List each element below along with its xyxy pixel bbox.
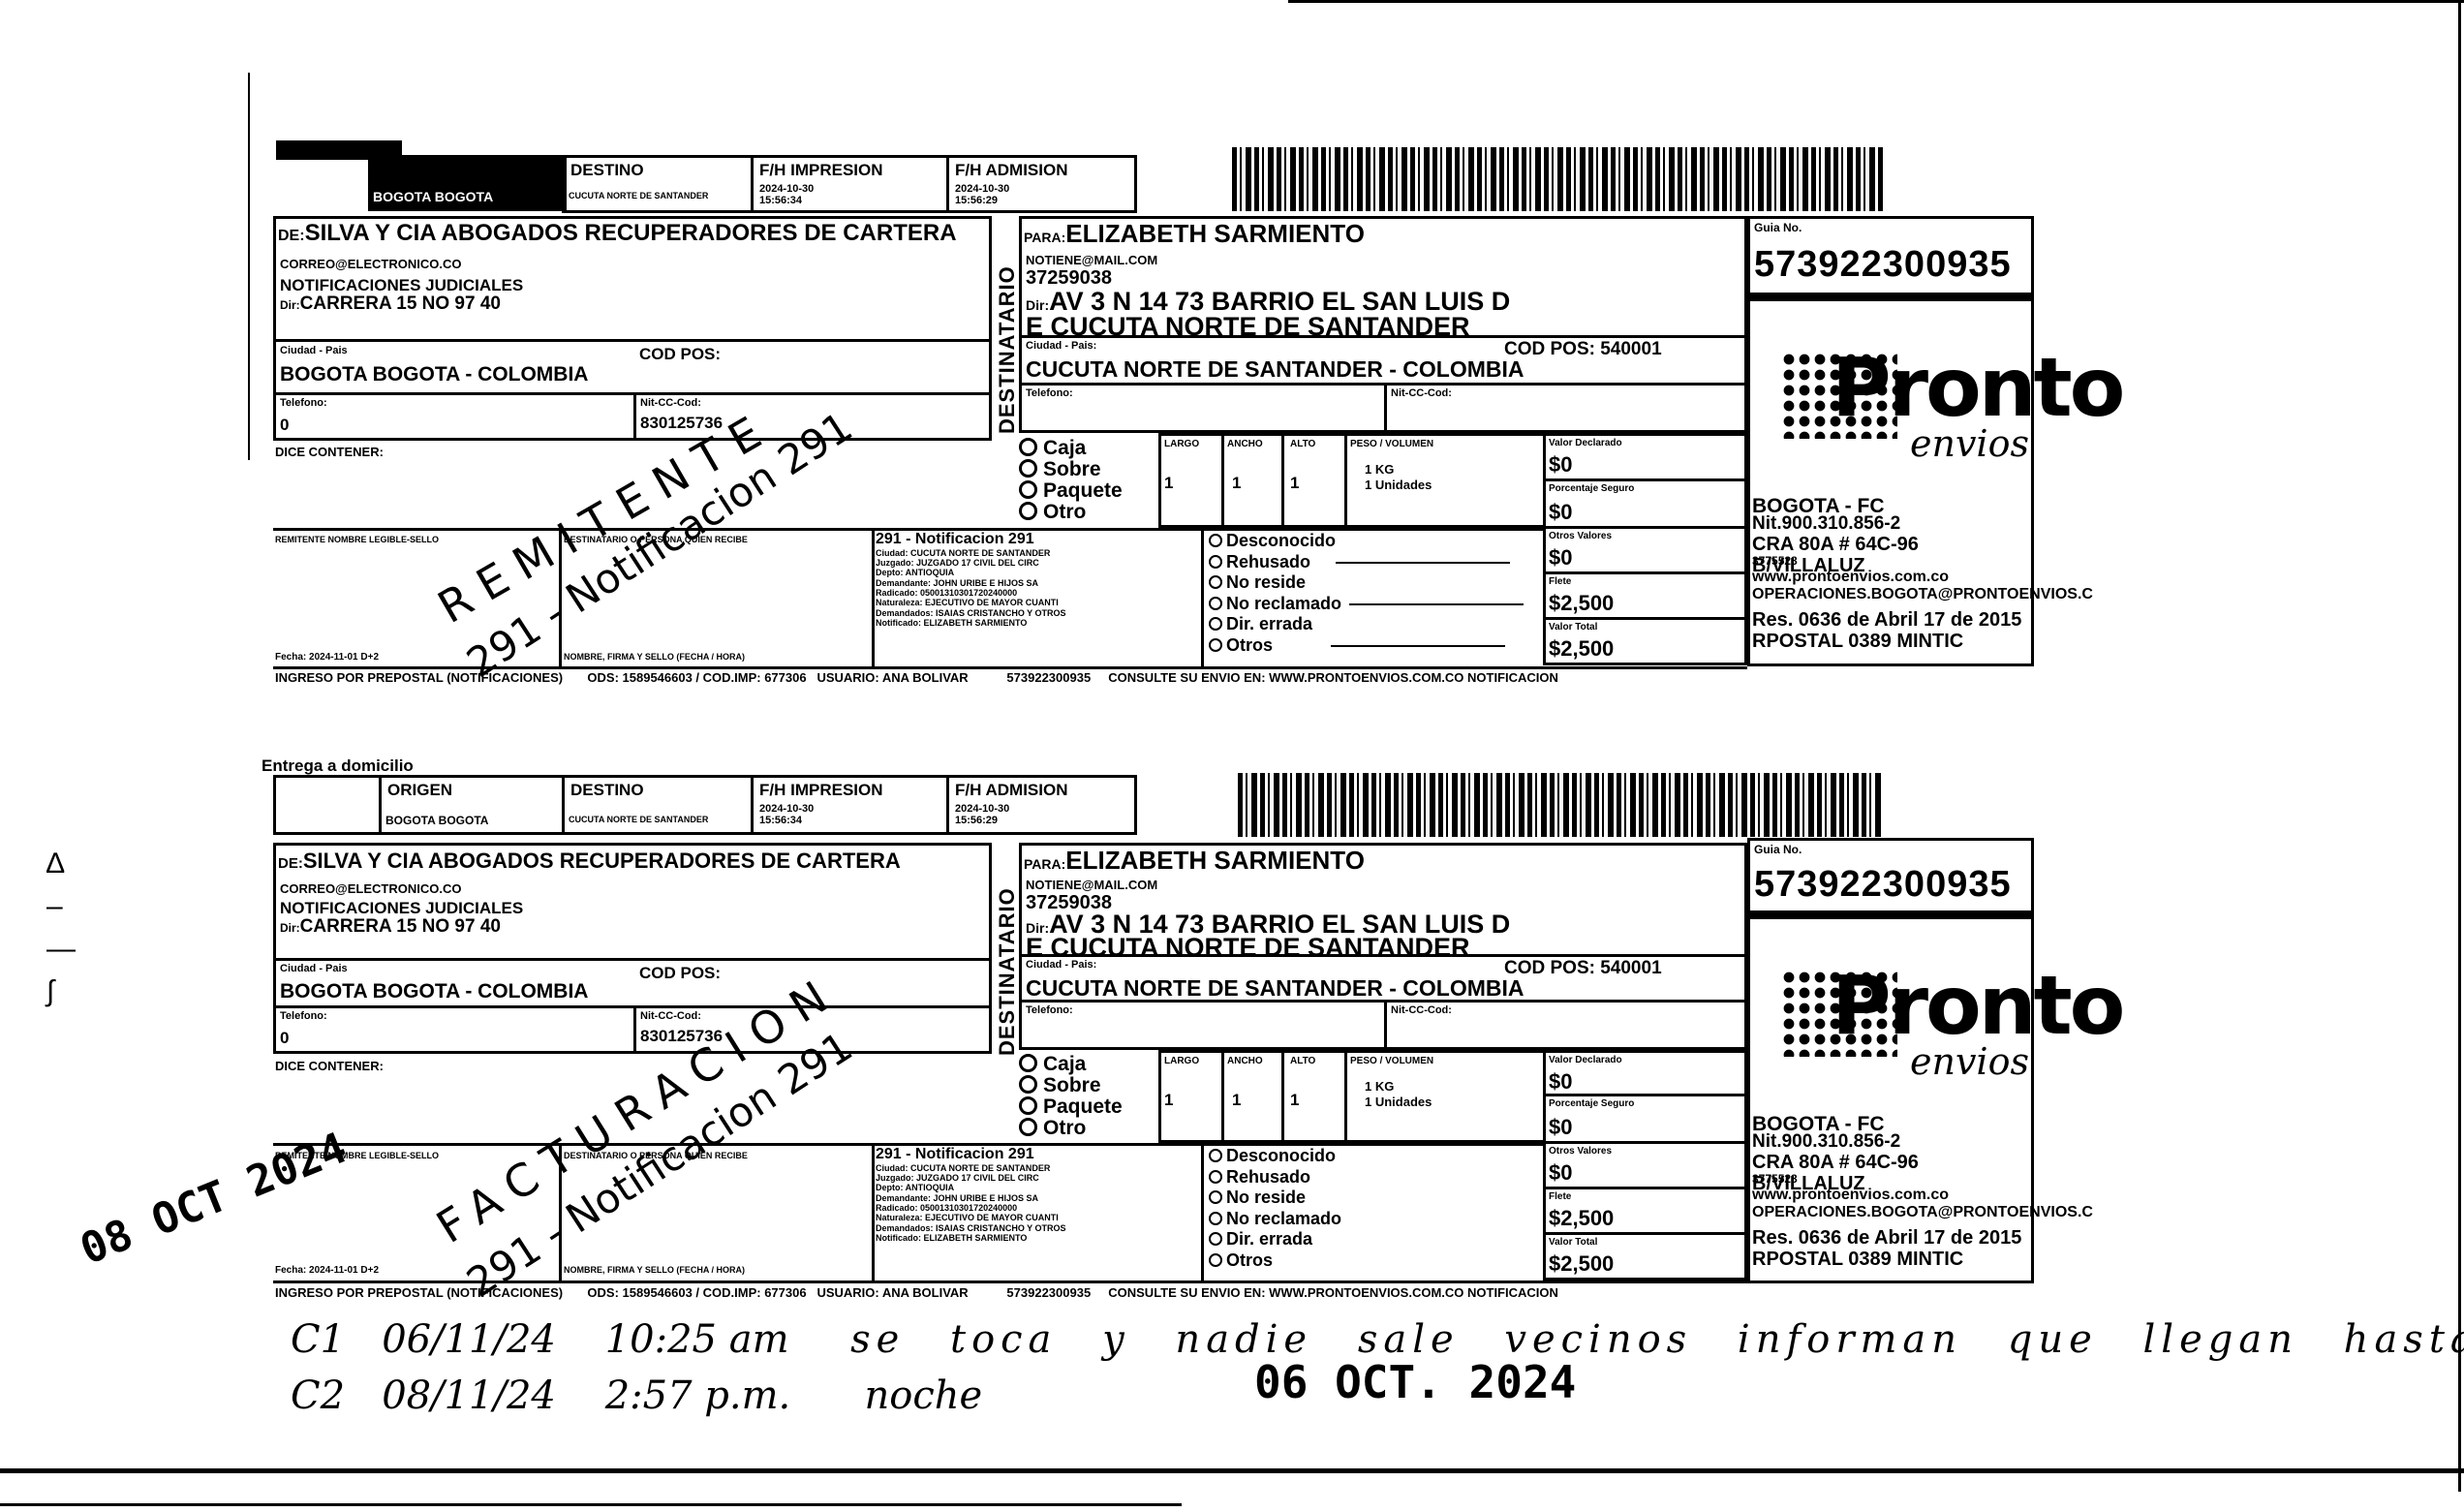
remitente-dir-label: Dir: — [280, 298, 300, 312]
remitente-firma-label: REMITENTE NOMBRE LEGIBLE-SELLO — [275, 535, 439, 544]
notif-line: Juzgado: JUZGADO 17 CIVIL DEL CIRC — [876, 558, 1205, 568]
delivery-divider-3b — [1201, 1143, 1204, 1281]
notif-line: Demandante: JOHN URIBE E HIJOS SA — [876, 1193, 1205, 1203]
valor-declarado-2: $0 — [1549, 1070, 1572, 1094]
valor-total-cell-2: Valor Total $2,500 — [1543, 1232, 1747, 1281]
dim-alto-cell: ALTO 1 — [1281, 433, 1347, 528]
destinatario-box: PARA:ELIZABETH SARMIENTO NOTIENE@MAIL.CO… — [1019, 216, 1747, 338]
service-label: Entrega a domicilio — [262, 757, 414, 776]
impresion-label-2: F/H IMPRESION — [759, 782, 883, 799]
hw-text-2: noche — [865, 1373, 983, 1418]
remitente-name-line-2: DE:SILVA Y CIA ABOGADOS RECUPERADORES DE… — [278, 849, 901, 872]
remitente-codpos-label: COD POS: — [639, 346, 721, 364]
causal-no-reclamado-2[interactable]: No reclamado — [1209, 1209, 1341, 1230]
footer-line-top: INGRESO POR PREPOSTAL (NOTIFICACIONES) O… — [275, 671, 1558, 686]
package-type-otro-2[interactable]: Otro — [1019, 1118, 1123, 1139]
radio-icon — [1209, 1232, 1222, 1246]
header2-destino-cell: DESTINO CUCUTA NORTE DE SANTANDER — [562, 775, 754, 835]
destinatario-codpos: COD POS: 540001 — [1504, 340, 1662, 359]
causal-otros-2[interactable]: Otros — [1209, 1250, 1341, 1272]
remitente-codpos-label-2: COD POS: — [639, 965, 721, 983]
remitente-telefono: 0 — [280, 417, 289, 435]
header2-blank-cell — [273, 775, 382, 835]
remitente-ciudad-box-2: Ciudad - Pais BOGOTA BOGOTA - COLOMBIA C… — [273, 958, 992, 1008]
impresion-time: 15:56:34 — [759, 195, 802, 207]
company-web-2: www.prontoenvios.com.co — [1752, 1187, 1949, 1204]
destino-label-2: DESTINO — [570, 782, 644, 799]
destinatario-nit-label: Nit-CC-Cod: — [1391, 387, 1452, 400]
valor-declarado-label: Valor Declarado — [1549, 438, 1622, 449]
footer-left-2: INGRESO POR PREPOSTAL (NOTIFICACIONES) — [275, 1285, 563, 1300]
page-bottom-border — [0, 1468, 2464, 1473]
destinatario-nit-box-2: Nit-CC-Cod: — [1384, 1000, 1747, 1050]
destinatario-side-label-2: DESTINATARIO — [995, 848, 1020, 1056]
destinatario-ciudad-box: Ciudad - Pais: COD POS: 540001 CUCUTA NO… — [1019, 335, 1747, 386]
remitente-email-2: CORREO@ELECTRONICO.CO — [280, 882, 461, 897]
fecha-entrega: Fecha: 2024-11-01 D+2 — [275, 652, 379, 663]
destinatario-ciudad-box-2: Ciudad - Pais: COD POS: 540001 CUCUTA NO… — [1019, 954, 1747, 1003]
causales-list-2: Desconocido Rehusado No reside No reclam… — [1209, 1146, 1341, 1272]
impresion-label: F/H IMPRESION — [759, 162, 883, 179]
firma-footer-2: NOMBRE, FIRMA Y SELLO (FECHA / HORA) — [564, 1265, 745, 1275]
otros-valores-label: Otros Valores — [1549, 531, 1612, 542]
destinatario-telefono-label: Telefono: — [1026, 387, 1073, 400]
remitente-nit-label: Nit-CC-Cod: — [640, 397, 701, 410]
impresion-time-2: 15:56:34 — [759, 815, 802, 827]
destinatario-telefono-box-2: Telefono: — [1019, 1000, 1387, 1050]
valor-declarado-cell: Valor Declarado $0 — [1543, 433, 1747, 481]
hw-time-2: 2:57 p.m. — [605, 1373, 791, 1418]
remitente-box: DE:SILVA Y CIA ABOGADOS RECUPERADORES DE… — [273, 216, 992, 342]
valor-total-label: Valor Total — [1549, 622, 1597, 633]
admision-date: 2024-10-30 — [955, 183, 1009, 196]
radio-icon — [1019, 502, 1037, 520]
notif-line: Juzgado: JUZGADO 17 CIVIL DEL CIRC — [876, 1173, 1205, 1183]
package-type-sobre-2[interactable]: Sobre — [1019, 1075, 1123, 1096]
para-label: PARA: — [1024, 230, 1065, 245]
peso-value-2: 1 KG — [1365, 1080, 1394, 1095]
company-rpostal: RPOSTAL 0389 MINTIC — [1752, 631, 1963, 652]
pronto-logo-2: Pronto — [1832, 958, 2122, 1053]
ancho-value: 1 — [1232, 475, 1241, 493]
destinatario-box-2: PARA:ELIZABETH SARMIENTO NOTIENE@MAIL.CO… — [1019, 843, 1747, 957]
radio-icon — [1209, 1170, 1222, 1184]
hw-label-1: C1 — [291, 1317, 345, 1362]
remitente-ciudad-label-2: Ciudad - Pais — [280, 963, 348, 975]
page-top-border — [1288, 0, 2464, 3]
contenido-label-2: DICE CONTENER: — [275, 1060, 384, 1074]
flete-value: $2,500 — [1549, 592, 1614, 615]
peso-cell-2: PESO / VOLUMEN 1 KG 1 Unidades — [1344, 1050, 1546, 1143]
destinatario-name-2: ELIZABETH SARMIENTO — [1065, 846, 1365, 875]
porcentaje-seguro-2: $0 — [1549, 1116, 1572, 1139]
largo-label-2: LARGO — [1164, 1056, 1199, 1067]
notification-details: 291 - Notificacion 291 Ciudad: CUCUTA NO… — [876, 531, 1205, 628]
para-label-2: PARA: — [1024, 856, 1065, 872]
package-type-caja[interactable]: Caja — [1019, 438, 1123, 459]
remitente-nit-label-2: Nit-CC-Cod: — [640, 1010, 701, 1023]
page-bottom-border-2 — [0, 1503, 1182, 1506]
company-box: Pronto envios BOGOTA - FC Nit.900.310.85… — [1747, 295, 2034, 666]
remitente-ciudad-2: BOGOTA BOGOTA - COLOMBIA — [280, 980, 588, 1003]
header2-impresion-cell: F/H IMPRESION 2024-10-30 15:56:34 — [751, 775, 949, 835]
guide-label-2: Guia No. — [1754, 844, 1802, 857]
causal-otros[interactable]: Otros — [1209, 635, 1524, 657]
notif-line: Radicado: 05001310301720240000 — [876, 1203, 1205, 1213]
alto-value-2: 1 — [1290, 1092, 1299, 1110]
radio-icon — [1209, 1149, 1222, 1162]
remitente-name: SILVA Y CIA ABOGADOS RECUPERADORES DE CA… — [305, 220, 957, 246]
causal-dir-errada-2[interactable]: Dir. errada — [1209, 1229, 1341, 1250]
radio-icon — [1019, 1096, 1037, 1115]
valor-total-label-2: Valor Total — [1549, 1237, 1597, 1249]
package-type-sobre[interactable]: Sobre — [1019, 459, 1123, 480]
destinatario-telefono-label-2: Telefono: — [1026, 1004, 1073, 1017]
hw-text-1: se toca y nadie sale vecinos informan qu… — [850, 1317, 2464, 1362]
header-impresion-cell: F/H IMPRESION 2024-10-30 15:56:34 — [751, 155, 949, 213]
notif-line: Ciudad: CUCUTA NORTE DE SANTANDER — [876, 548, 1205, 558]
ancho-value-2: 1 — [1232, 1092, 1241, 1110]
margin-marks: ∆–—∫ — [46, 843, 76, 1013]
pronto-logo-sub: envios — [1910, 422, 2029, 465]
flete-label-2: Flete — [1549, 1191, 1571, 1203]
dim-alto-cell-2: ALTO 1 — [1281, 1050, 1347, 1143]
remitente-telefono-label: Telefono: — [280, 397, 327, 410]
remitente-ciudad: BOGOTA BOGOTA - COLOMBIA — [280, 363, 588, 386]
causal-rehusado[interactable]: Rehusado — [1209, 552, 1524, 573]
remitente-line2-2: NOTIFICACIONES JUDICIALES — [280, 900, 523, 918]
remitente-telefono-box: Telefono: 0 — [273, 392, 636, 441]
radio-icon — [1019, 438, 1037, 456]
remitente-name-line: DE:SILVA Y CIA ABOGADOS RECUPERADORES DE… — [278, 221, 957, 245]
delivery-divider-3 — [1201, 528, 1204, 668]
company-res: Res. 0636 de Abril 17 de 2015 — [1752, 609, 2021, 631]
firma-footer: NOMBRE, FIRMA Y SELLO (FECHA / HORA) — [564, 652, 745, 662]
remitente-name-2: SILVA Y CIA ABOGADOS RECUPERADORES DE CA… — [303, 849, 901, 873]
valor-total-2: $2,500 — [1549, 1252, 1614, 1276]
destinatario-ciudad-label: Ciudad - Pais: — [1026, 340, 1096, 353]
radio-icon — [1019, 459, 1037, 478]
causal-desconocido[interactable]: Desconocido — [1209, 531, 1524, 552]
causal-no-reside[interactable]: No reside — [1209, 572, 1524, 594]
remitente-address-line: Dir:CARRERA 15 NO 97 40 — [280, 294, 501, 315]
handwritten-line-1: C1 06/11/24 10:25 am se toca y nadie sal… — [291, 1317, 2464, 1362]
remitente-email: CORREO@ELECTRONICO.CO — [280, 258, 461, 272]
radio-icon — [1019, 1075, 1037, 1094]
causal-rehusado-2[interactable]: Rehusado — [1209, 1167, 1341, 1188]
de-label: DE: — [278, 228, 305, 244]
valor-declarado-label-2: Valor Declarado — [1549, 1055, 1622, 1066]
notif-line: Demandados: ISAIAS CRISTANCHO Y OTROS — [876, 1223, 1205, 1233]
admision-label: F/H ADMISION — [955, 162, 1067, 179]
footer-left: INGRESO POR PREPOSTAL (NOTIFICACIONES) — [275, 670, 563, 685]
largo-value-2: 1 — [1164, 1092, 1173, 1110]
ancho-label: ANCHO — [1227, 439, 1263, 450]
largo-value: 1 — [1164, 475, 1173, 493]
header2-admision-cell: F/H ADMISION 2024-10-30 15:56:29 — [946, 775, 1137, 835]
pronto-logo-sub-2: envios — [1910, 1040, 2029, 1083]
footer-consulte: CONSULTE SU ENVIO EN: WWW.PRONTOENVIOS.C… — [1108, 670, 1558, 685]
package-types: Caja Sobre Paquete Otro — [1019, 438, 1123, 523]
header-admision-cell: F/H ADMISION 2024-10-30 15:56:29 — [946, 155, 1137, 213]
admision-label-2: F/H ADMISION — [955, 782, 1067, 799]
porcentaje-seguro-cell-2: Porcentaje Seguro $0 — [1543, 1094, 1747, 1144]
remitente-address-2: CARRERA 15 NO 97 40 — [300, 916, 501, 937]
destinatario-name-line: PARA:ELIZABETH SARMIENTO — [1024, 221, 1365, 247]
largo-label: LARGO — [1164, 439, 1199, 450]
destinatario-address-line1: Dir:AV 3 N 14 73 BARRIO EL SAN LUIS D — [1026, 289, 1510, 315]
destino-value: CUCUTA NORTE DE SANTANDER — [569, 191, 708, 201]
handwritten-line-2: C2 08/11/24 2:57 p.m. noche — [291, 1373, 982, 1418]
hw-label-2: C2 — [291, 1373, 345, 1418]
alto-label-2: ALTO — [1290, 1056, 1315, 1067]
admision-time-2: 15:56:29 — [955, 815, 998, 827]
peso-cell: PESO / VOLUMEN 1 KG 1 Unidades — [1344, 433, 1546, 528]
flete-label: Flete — [1549, 576, 1571, 588]
destinatario-nit-box: Nit-CC-Cod: — [1384, 383, 1747, 433]
causal-dir-errada[interactable]: Dir. errada — [1209, 614, 1524, 635]
package-type-paquete-2[interactable]: Paquete — [1019, 1096, 1123, 1118]
destinatario-ciudad-label-2: Ciudad - Pais: — [1026, 959, 1096, 972]
destinatario-dir-label: Dir: — [1026, 297, 1049, 313]
otros-valores: $0 — [1549, 546, 1572, 570]
dim-ancho-cell: ANCHO 1 — [1221, 433, 1284, 528]
page-right-border — [2458, 0, 2461, 1492]
company-web: www.prontoenvios.com.co — [1752, 569, 1949, 586]
alto-label: ALTO — [1290, 439, 1315, 450]
notification-details-2: 291 - Notificacion 291 Ciudad: CUCUTA NO… — [876, 1146, 1205, 1243]
package-types-2: Caja Sobre Paquete Otro — [1019, 1054, 1123, 1139]
remitente-dir-label-2: Dir: — [280, 921, 300, 935]
causal-no-reclamado[interactable]: No reclamado — [1209, 594, 1524, 615]
causales-list: Desconocido Rehusado No reside No reclam… — [1209, 531, 1524, 657]
notif-line: Ciudad: CUCUTA NORTE DE SANTANDER — [876, 1163, 1205, 1173]
peso-label: PESO / VOLUMEN — [1350, 439, 1433, 450]
company-res-2: Res. 0636 de Abril 17 de 2015 — [1752, 1227, 2021, 1249]
porcentaje-seguro-label-2: Porcentaje Seguro — [1549, 1098, 1634, 1110]
company-nit: Nit.900.310.856-2 — [1752, 514, 1900, 535]
company-nit-2: Nit.900.310.856-2 — [1752, 1132, 1900, 1153]
radio-icon — [1209, 555, 1222, 569]
de-label-2: DE: — [278, 855, 303, 872]
origen-label: ORIGEN — [387, 782, 452, 799]
admision-time: 15:56:29 — [955, 195, 998, 207]
otros-valores-2: $0 — [1549, 1161, 1572, 1185]
valor-total: $2,500 — [1549, 637, 1614, 661]
notif-line: Notificado: ELIZABETH SARMIENTO — [876, 618, 1205, 628]
company-phone-2: 3775528 — [1752, 1173, 1798, 1187]
notif-line: Demandante: JOHN URIBE E HIJOS SA — [876, 578, 1205, 588]
package-type-paquete[interactable]: Paquete — [1019, 480, 1123, 502]
destinatario-nit-label-2: Nit-CC-Cod: — [1391, 1004, 1452, 1017]
header-destino-cell: DESTINO CUCUTA NORTE DE SANTANDER — [562, 155, 754, 213]
otros-valores-cell: Otros Valores $0 — [1543, 526, 1747, 574]
header-origen-value: BOGOTA BOGOTA — [373, 190, 493, 204]
radio-icon — [1209, 617, 1222, 631]
impresion-date: 2024-10-30 — [759, 183, 814, 196]
header2-origen-cell: ORIGEN BOGOTA BOGOTA — [379, 775, 565, 835]
remitente-ciudad-label: Ciudad - Pais — [280, 345, 348, 357]
causal-no-reside-2[interactable]: No reside — [1209, 1188, 1341, 1209]
footer-ods-2: ODS: 1589546603 / COD.IMP: 677306 — [587, 1285, 806, 1300]
notif-line: Demandados: ISAIAS CRISTANCHO Y OTROS — [876, 608, 1205, 618]
flete-cell-2: Flete $2,500 — [1543, 1187, 1747, 1235]
destinatario-name-line-2: PARA:ELIZABETH SARMIENTO — [1024, 848, 1365, 874]
notif-line: Depto: ANTIOQUIA — [876, 568, 1205, 577]
dim-largo-cell-2: LARGO 1 — [1158, 1050, 1224, 1143]
notif-line: Depto: ANTIOQUIA — [876, 1183, 1205, 1192]
remitente-address-line-2: Dir:CARRERA 15 NO 97 40 — [280, 917, 501, 938]
radio-icon — [1019, 1118, 1037, 1136]
remitente-telefono-box-2: Telefono: 0 — [273, 1005, 636, 1054]
destinatario-email: NOTIENE@MAIL.COM — [1026, 254, 1157, 268]
remitente-telefono-label-2: Telefono: — [280, 1010, 327, 1023]
pronto-logo: Pronto — [1832, 340, 2122, 435]
barcode-top — [1232, 147, 1883, 211]
destinatario-telefono-box: Telefono: — [1019, 383, 1387, 433]
footer-guia: 573922300935 — [1006, 670, 1091, 685]
footer-line-bottom: INGRESO POR PREPOSTAL (NOTIFICACIONES) O… — [275, 1286, 1558, 1301]
notif-title: 291 - Notificacion 291 — [876, 531, 1205, 548]
date-stamp-bottom: 06 OCT. 2024 — [1254, 1356, 1576, 1408]
flete-cell: Flete $2,500 — [1543, 571, 1747, 620]
remitente-line2: NOTIFICACIONES JUDICIALES — [280, 277, 523, 295]
peso-value: 1 KG — [1365, 463, 1394, 478]
delivery-divider-2 — [872, 528, 875, 668]
package-type-caja-2[interactable]: Caja — [1019, 1054, 1123, 1075]
notif-line: Naturaleza: EJECUTIVO DE MAYOR CUANTI — [876, 598, 1205, 607]
contenido-label: DICE CONTENER: — [275, 446, 384, 460]
remitente-telefono-2: 0 — [280, 1030, 289, 1048]
radio-icon — [1209, 534, 1222, 547]
admision-date-2: 2024-10-30 — [955, 803, 1009, 816]
flete-value-2: $2,500 — [1549, 1207, 1614, 1230]
footer-ods: ODS: 1589546603 / COD.IMP: 677306 — [587, 670, 806, 685]
ancho-label-2: ANCHO — [1227, 1056, 1263, 1067]
fecha-entrega-2: Fecha: 2024-11-01 D+2 — [275, 1265, 379, 1277]
company-phone: 3775528 — [1752, 555, 1798, 569]
package-type-otro[interactable]: Otro — [1019, 502, 1123, 523]
company-box-2: Pronto envios BOGOTA - FC Nit.900.310.85… — [1747, 913, 2034, 1283]
valor-declarado-cell-2: Valor Declarado $0 — [1543, 1050, 1747, 1096]
destinatario-ciudad: CUCUTA NORTE DE SANTANDER - COLOMBIA — [1026, 357, 1525, 381]
destinatario-email-2: NOTIENE@MAIL.COM — [1026, 879, 1157, 893]
footer-guia-2: 573922300935 — [1006, 1285, 1091, 1300]
footer-consulte-2: CONSULTE SU ENVIO EN: WWW.PRONTOENVIOS.C… — [1108, 1285, 1558, 1300]
radio-icon — [1209, 597, 1222, 610]
impresion-date-2: 2024-10-30 — [759, 803, 814, 816]
delivery-divider-2b — [872, 1143, 875, 1281]
company-email-2: OPERACIONES.BOGOTA@PRONTOENVIOS.C — [1752, 1204, 2093, 1221]
dim-ancho-cell-2: ANCHO 1 — [1221, 1050, 1284, 1143]
porcentaje-seguro: $0 — [1549, 501, 1572, 524]
radio-icon — [1209, 638, 1222, 652]
remitente-box-2: DE:SILVA Y CIA ABOGADOS RECUPERADORES DE… — [273, 843, 992, 961]
hw-date-1: 06/11/24 — [382, 1317, 556, 1362]
guide-number-2: 573922300935 — [1754, 864, 2012, 906]
date-stamp-left: 08 OCT 2024 — [74, 1124, 354, 1275]
guide-label: Guia No. — [1754, 222, 1802, 235]
otros-valores-cell-2: Otros Valores $0 — [1543, 1141, 1747, 1189]
destinatario-name: ELIZABETH SARMIENTO — [1065, 219, 1365, 248]
guide-number: 573922300935 — [1754, 244, 2012, 286]
unidades-value: 1 Unidades — [1365, 478, 1432, 493]
destinatario-side-label: DESTINATARIO — [995, 221, 1020, 434]
company-email: OPERACIONES.BOGOTA@PRONTOENVIOS.C — [1752, 586, 2093, 603]
dim-largo-cell: LARGO 1 — [1158, 433, 1224, 528]
hw-date-2: 08/11/24 — [382, 1373, 556, 1418]
peso-label-2: PESO / VOLUMEN — [1350, 1056, 1433, 1067]
guide-number-box-2: Guia No. 573922300935 — [1747, 838, 2034, 913]
destino-label: DESTINO — [570, 162, 644, 179]
destinatario-ciudad-2: CUCUTA NORTE DE SANTANDER - COLOMBIA — [1026, 976, 1525, 1000]
remitente-ciudad-box: Ciudad - Pais BOGOTA BOGOTA - COLOMBIA C… — [273, 339, 992, 395]
notif-line: Naturaleza: EJECUTIVO DE MAYOR CUANTI — [876, 1213, 1205, 1222]
notif-line: Radicado: 05001310301720240000 — [876, 588, 1205, 598]
guide-number-box: Guia No. 573922300935 — [1747, 216, 2034, 295]
unidades-value-2: 1 Unidades — [1365, 1095, 1432, 1110]
porcentaje-seguro-cell: Porcentaje Seguro $0 — [1543, 478, 1747, 529]
company-rpostal-2: RPOSTAL 0389 MINTIC — [1752, 1249, 1963, 1270]
alto-value: 1 — [1290, 475, 1299, 493]
destinatario-codpos-2: COD POS: 540001 — [1504, 959, 1662, 978]
hw-time-1: 10:25 am — [605, 1317, 789, 1362]
radio-icon — [1209, 575, 1222, 589]
remitente-address: CARRERA 15 NO 97 40 — [300, 293, 501, 314]
destino-value-2: CUCUTA NORTE DE SANTANDER — [569, 815, 708, 824]
valor-total-cell: Valor Total $2,500 — [1543, 617, 1747, 665]
radio-icon — [1019, 1054, 1037, 1072]
causal-desconocido-2[interactable]: Desconocido — [1209, 1146, 1341, 1167]
radio-icon — [1209, 1190, 1222, 1204]
notif-line: Notificado: ELIZABETH SARMIENTO — [876, 1233, 1205, 1243]
otros-valores-label-2: Otros Valores — [1549, 1146, 1612, 1157]
porcentaje-seguro-label: Porcentaje Seguro — [1549, 483, 1634, 495]
destinatario-id: 37259038 — [1026, 267, 1112, 289]
footer-usuario: USUARIO: ANA BOLIVAR — [816, 670, 968, 685]
radio-icon — [1209, 1253, 1222, 1267]
valor-declarado: $0 — [1549, 453, 1572, 477]
radio-icon — [1209, 1212, 1222, 1225]
footer-usuario-2: USUARIO: ANA BOLIVAR — [816, 1285, 968, 1300]
radio-icon — [1019, 480, 1037, 499]
origen-value: BOGOTA BOGOTA — [385, 815, 488, 828]
left-margin-line — [248, 73, 250, 460]
notif-title-2: 291 - Notificacion 291 — [876, 1146, 1205, 1163]
barcode-bottom — [1238, 773, 1883, 837]
